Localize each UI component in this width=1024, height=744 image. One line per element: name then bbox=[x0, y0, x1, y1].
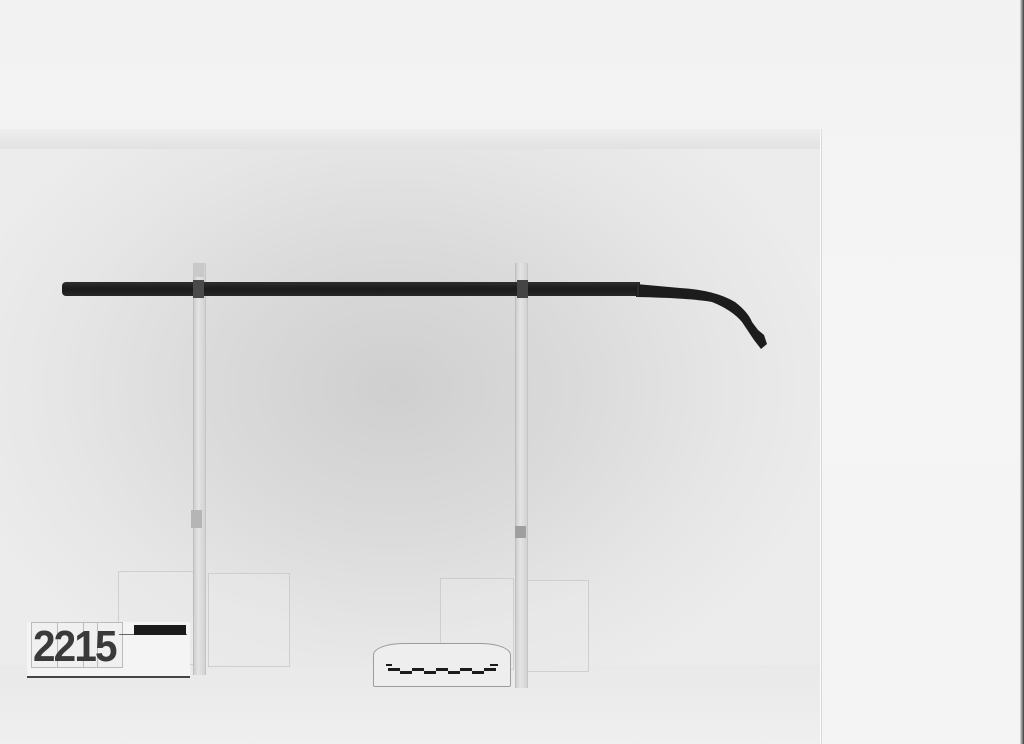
stand-left-holder bbox=[193, 280, 204, 298]
stand-left-joint bbox=[191, 510, 202, 528]
print-top-border bbox=[0, 129, 820, 149]
stick-shaft bbox=[62, 282, 640, 296]
stand-right-holder bbox=[517, 280, 528, 298]
ruler-pattern bbox=[374, 644, 510, 686]
label-scale-bar bbox=[134, 625, 186, 635]
stand-right-joint bbox=[515, 526, 526, 538]
stand-left bbox=[193, 263, 206, 675]
scale-ruler bbox=[373, 643, 511, 687]
catalogue-number: 2215 bbox=[33, 622, 116, 672]
stand-left-top-clip bbox=[193, 263, 204, 277]
catalogue-label: 2215 bbox=[27, 622, 190, 678]
stand-right bbox=[515, 263, 528, 688]
scan-edge bbox=[1020, 0, 1024, 744]
acrylic-plate-left-b bbox=[208, 573, 290, 667]
acrylic-plate-right-b bbox=[525, 580, 589, 672]
